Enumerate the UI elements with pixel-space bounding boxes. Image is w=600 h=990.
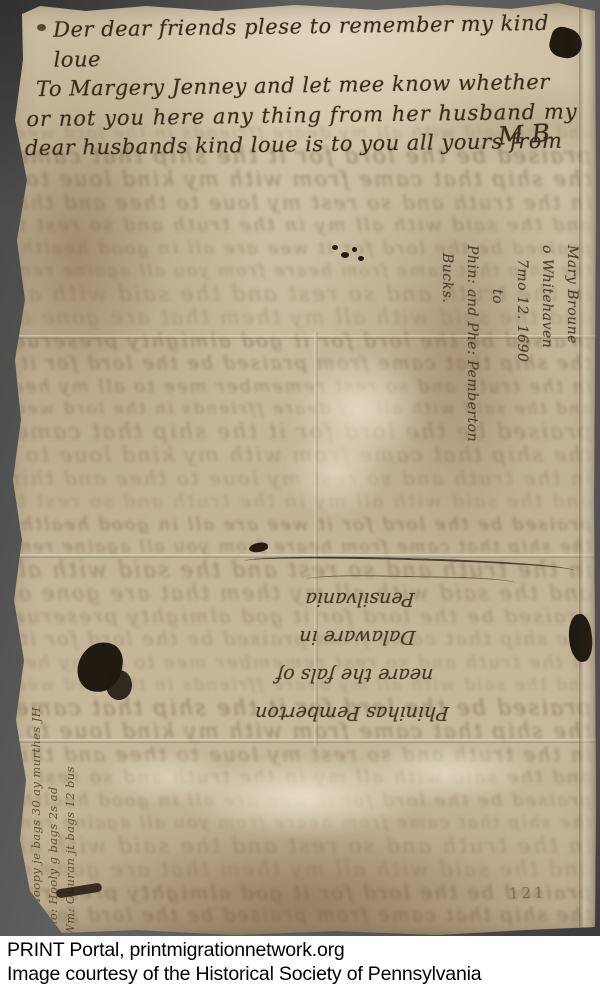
letter-paper: and the said with all my deare ffriends …: [6, 2, 596, 936]
ink-speck: [352, 247, 357, 252]
address-line: neare the fals of: [213, 656, 496, 694]
ink-speck: [358, 256, 364, 261]
caption-courtesy-line: Image courtesy of the Historical Society…: [7, 963, 600, 987]
page-number: 121: [509, 883, 547, 902]
address-line: Phinihas Pemberton: [211, 694, 494, 732]
ink-blot: [106, 670, 132, 700]
bleed-row: and the said with all my in the truth an…: [10, 766, 592, 789]
bleed-row: the ship that came from heare from you a…: [10, 812, 592, 835]
postscript-line: Der dear friends plese to remember my ki…: [53, 8, 594, 75]
ink-speck: [37, 24, 46, 31]
ink-speck: [332, 245, 338, 250]
ink-speck: [341, 252, 349, 258]
signature-initials: M B: [497, 118, 551, 151]
docket-line: Phin: and Phe: Pemberton: [459, 245, 484, 487]
bleed-row: and the said with all my in the truth an…: [10, 490, 592, 513]
bleed-row: and the said with all my in the truth an…: [10, 214, 592, 237]
bleed-row: in the truth and so rest my loue to thee…: [10, 743, 592, 766]
address-line: Dalaware in: [216, 618, 499, 656]
bleed-row: the ship that came from with my kind lou…: [10, 168, 592, 191]
bleed-row: in the truth and so rest my loue to thee…: [10, 191, 592, 214]
bleed-row: praised be the lord for it wee are all i…: [10, 513, 592, 536]
caption-bar: PRINT Portal, printmigrationnetwork.org …: [0, 936, 600, 990]
bleed-row: in the truth and so rest and the said wi…: [10, 835, 592, 858]
docket-line: to: [484, 289, 509, 487]
docket-line: o Whitehaven: [534, 245, 559, 487]
docket-line: 7mo 12. 1690: [509, 259, 534, 487]
bleed-row: the ship that came from heare from you a…: [10, 536, 592, 559]
caption-portal-line: PRINT Portal, printmigrationnetwork.org: [7, 939, 600, 963]
docket-line: Bucks.: [434, 253, 459, 487]
docket-annotation: Mary Broune o Whitehaven 7mo 12. 1690 to…: [434, 245, 584, 487]
bleed-row: praised be the lord for it wee are all i…: [10, 789, 592, 812]
docket-line: Mary Broune: [559, 245, 584, 487]
bleed-row: the ship that came from praised be the l…: [10, 904, 592, 927]
bleed-row: and the said with all my them that are g…: [10, 858, 592, 881]
address-panel-upside-down: Phinihas Pemberton neare the fals of Dal…: [211, 580, 502, 732]
bleedthrough-text: and the said with all my deare ffriends …: [10, 122, 592, 930]
